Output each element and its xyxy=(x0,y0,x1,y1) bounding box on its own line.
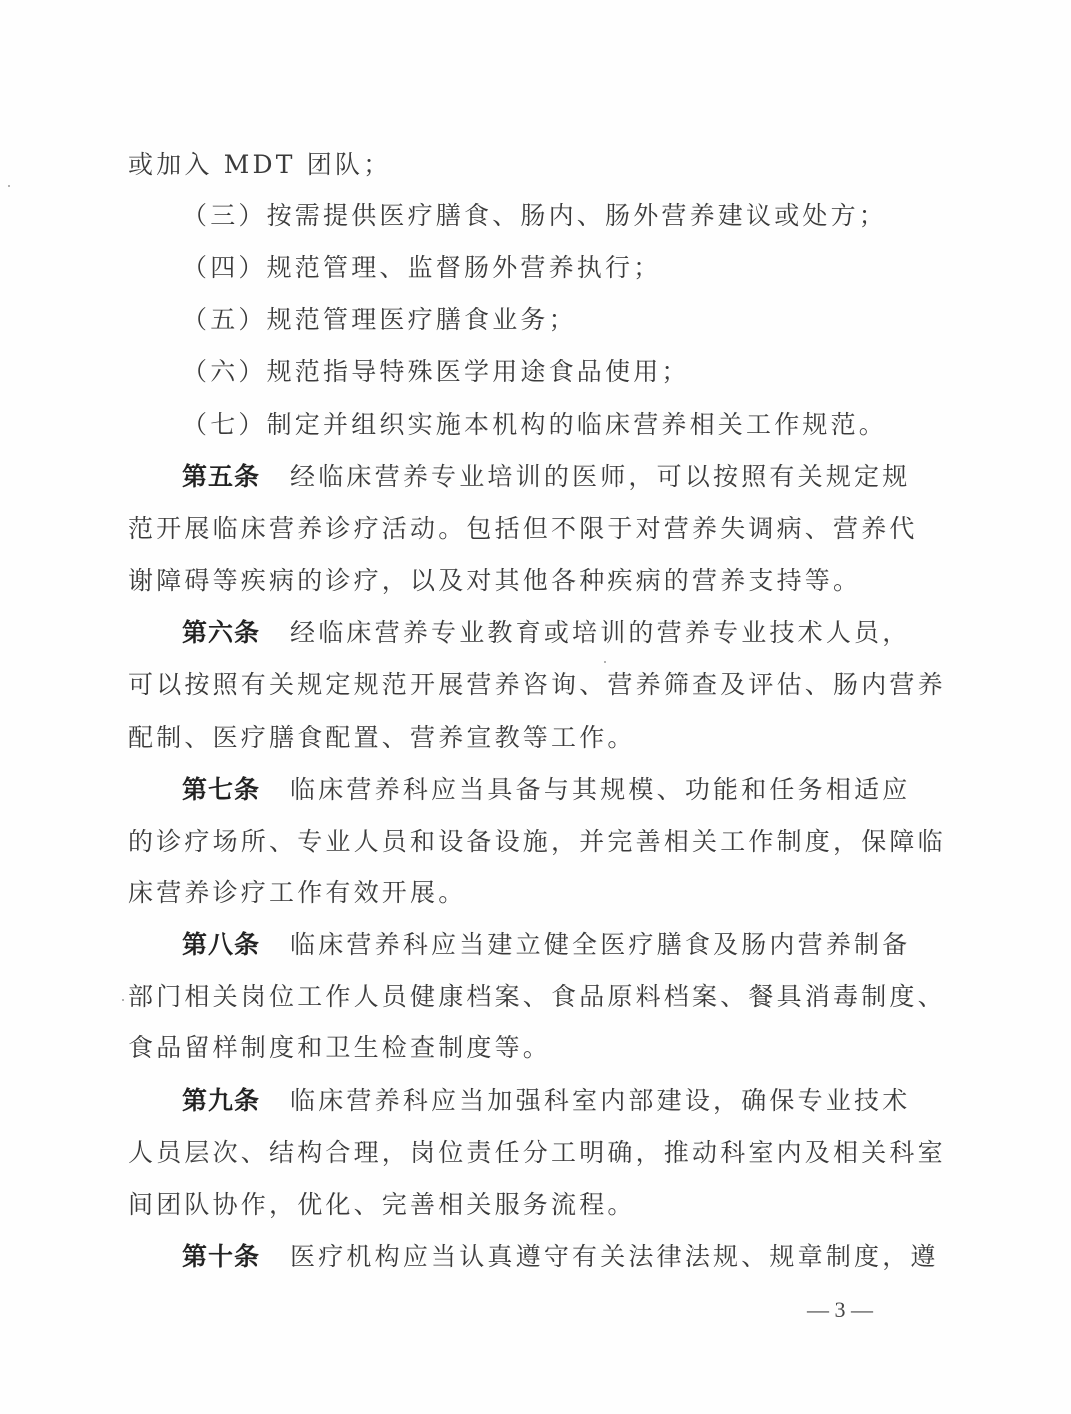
article-6-line-3: 配制、医疗膳食配置、营养宣教等工作。 xyxy=(128,718,904,758)
article-7-heading: 第七条 xyxy=(182,775,260,804)
list-item-3: （三）按需提供医疗膳食、肠内、肠外营养建议或处方； xyxy=(182,196,904,236)
article-5-first-line: 第五条经临床营养专业培训的医师，可以按照有关规定规 xyxy=(182,457,904,497)
article-10-heading: 第十条 xyxy=(182,1242,260,1271)
article-5-line-3: 谢障碍等疾病的诊疗，以及对其他各种疾病的营养支持等。 xyxy=(128,561,904,601)
article-6-first-line: 第六条经临床营养专业教育或培训的营养专业技术人员， xyxy=(182,613,904,653)
article-6-heading: 第六条 xyxy=(182,618,260,647)
scan-speck xyxy=(122,999,124,1001)
article-8-first-line: 第八条临床营养科应当建立健全医疗膳食及肠内营养制备 xyxy=(182,925,904,965)
article-8-heading: 第八条 xyxy=(182,930,260,959)
article-6-line-2: 可以按照有关规定规范开展营养咨询、营养筛查及评估、肠内营养 xyxy=(128,665,904,705)
article-5-heading: 第五条 xyxy=(182,462,260,491)
article-7-line-3: 床营养诊疗工作有效开展。 xyxy=(128,873,904,913)
article-7-line-2: 的诊疗场所、专业人员和设备设施，并完善相关工作制度，保障临 xyxy=(128,822,904,862)
article-9-text: 临床营养科应当加强科室内部建设，确保专业技术 xyxy=(290,1086,910,1115)
list-item-7: （七）制定并组织实施本机构的临床营养相关工作规范。 xyxy=(182,405,904,445)
scan-speck xyxy=(8,185,10,187)
article-9-heading: 第九条 xyxy=(182,1086,260,1115)
list-item-6: （六）规范指导特殊医学用途食品使用； xyxy=(182,352,904,392)
document-page: 或加入 MDT 团队； （三）按需提供医疗膳食、肠内、肠外营养建议或处方； （四… xyxy=(0,0,1071,1414)
article-10-first-line: 第十条医疗机构应当认真遵守有关法律法规、规章制度，遵 xyxy=(182,1237,904,1277)
article-9-line-3: 间团队协作，优化、完善相关服务流程。 xyxy=(128,1185,904,1225)
article-6-text: 经临床营养专业教育或培训的营养专业技术人员， xyxy=(290,618,910,647)
article-10-text: 医疗机构应当认真遵守有关法律法规、规章制度，遵 xyxy=(290,1242,939,1271)
article-8-text: 临床营养科应当建立健全医疗膳食及肠内营养制备 xyxy=(290,930,910,959)
article-5-line-2: 范开展临床营养诊疗活动。包括但不限于对营养失调病、营养代 xyxy=(128,509,904,549)
article-7-text: 临床营养科应当具备与其规模、功能和任务相适应 xyxy=(290,775,910,804)
article-8-line-3: 食品留样制度和卫生检查制度等。 xyxy=(128,1028,904,1068)
scan-speck xyxy=(604,661,606,663)
article-5-text: 经临床营养专业培训的医师，可以按照有关规定规 xyxy=(290,462,910,491)
article-9-first-line: 第九条临床营养科应当加强科室内部建设，确保专业技术 xyxy=(182,1081,904,1121)
list-item-5: （五）规范管理医疗膳食业务； xyxy=(182,300,904,340)
list-item-4: （四）规范管理、监督肠外营养执行； xyxy=(182,248,904,288)
article-8-line-2: 部门相关岗位工作人员健康档案、食品原料档案、餐具消毒制度、 xyxy=(128,977,904,1017)
article-9-line-2: 人员层次、结构合理，岗位责任分工明确，推动科室内及相关科室 xyxy=(128,1133,904,1173)
article-7-first-line: 第七条临床营养科应当具备与其规模、功能和任务相适应 xyxy=(182,770,904,810)
continuation-line: 或加入 MDT 团队； xyxy=(128,145,904,185)
page-number: — 3 — xyxy=(780,1292,900,1328)
